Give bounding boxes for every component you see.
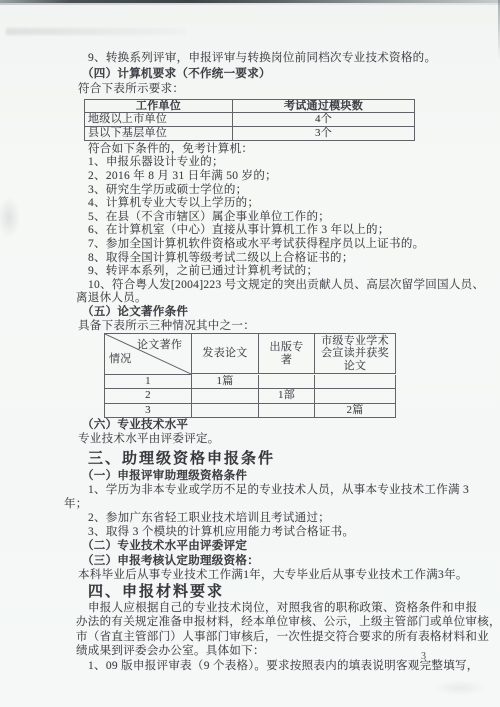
list-item-9: 9、转换系列评审，申报评审与转换岗位前同档次专业技术资格的。: [76, 51, 428, 67]
table-2-header-award: 市级专业学术会宣读并获奖论文: [315, 334, 396, 374]
table-2-corner-cell: 论文著作 情况: [105, 334, 192, 375]
table-1-cell: 县以下基层单位: [85, 127, 233, 141]
table-2-cell: 1篇: [192, 375, 259, 389]
subsection-3-body: 本科毕业后从事专业技术工作满1年，大专毕业后从事专业技术工作满3年。: [76, 568, 428, 582]
scan-smudge-left: [0, 190, 24, 245]
table-1-intro: 符合下表所示要求：: [76, 82, 428, 98]
table-1-cell: 地级以上市单位: [85, 113, 233, 127]
table-2-cell: 1部: [259, 389, 315, 403]
materials-line: 绩成果到评委会办公室。具体如下：: [76, 644, 428, 659]
exemption-item: 2、2016 年 8 月 31 日年满 50 岁的；: [76, 170, 428, 184]
document-body: 9、转换系列评审，申报评审与转换岗位前同档次专业技术资格的。 （四）计算机要求（…: [76, 51, 428, 674]
scanned-page: 9、转换系列评审，申报评审与转换岗位前同档次专业技术资格的。 （四）计算机要求（…: [0, 0, 500, 707]
exemption-item: 6、在计算机室（中心）直接从事计算机工作 3 年以上的；: [76, 224, 428, 238]
table-2-cell: 2: [105, 389, 192, 403]
table-2-cell: 2篇: [315, 404, 396, 418]
section-5-title: （五）论文著作条件: [76, 306, 428, 320]
section-6-body: 专业技术水平由评委评定。: [76, 432, 428, 446]
exemption-item: 5、在县（不含市辖区）属企事业单位工作的；: [76, 211, 428, 225]
chapter-3-heading: 三、助理级资格申报条件: [76, 449, 428, 468]
chapter-4-heading: 四、申报材料要求: [76, 583, 428, 600]
requirement-line: 2、参加广东省轻工职业技术培训且考试通过；: [76, 511, 428, 525]
table-2-intro: 具备下表所示三种情况其中之一：: [76, 320, 428, 334]
exemption-item: 7、参加全国计算机软件资格或水平考试获得程序员以上证书的。: [76, 238, 428, 252]
exemption-list: 1、申报乐器设计专业的； 2、2016 年 8 月 31 日年满 50 岁的； …: [76, 156, 428, 306]
scan-smudge-bottom-right: [428, 678, 492, 698]
exemption-item: 9、转评本系列，之前已通过计算机考试的；: [76, 265, 428, 279]
table-2-cell: [259, 375, 315, 389]
computer-requirement-table: 工作单位 考试通过模块数 地级以上市单位 4个 县以下基层单位 3个: [84, 99, 415, 141]
materials-line: 申报人应根据自己的专业技术岗位，对照我省的职称政策、资格条件和申报: [76, 601, 428, 616]
subsection-1-title: （一）申报评审助理级资格条件: [76, 469, 428, 483]
exemption-item-continuation: 离退休人员。: [76, 292, 428, 306]
subsection-3-title: （三）申报考核认定助理级资格：: [76, 554, 428, 568]
requirement-line: 3、取得 3 个模块的计算机应用能力考试合格证书。: [76, 525, 428, 539]
materials-line: 办法的有关规定准备申报材料，经本单位审核、公示，上级主管部门或单位审核，: [76, 615, 428, 630]
paper-requirement-table: 论文著作 情况 发表论文 出版专著 市级专业学术会宣读并获奖论文 1 1篇 2 …: [104, 333, 396, 418]
table-1-header-modules: 考试通过模块数: [233, 100, 415, 114]
materials-line: 市（省直主管部门）人事部门审核后，一次性提交符合要求的所有表格材料和业: [76, 630, 428, 645]
table-1-cell: 3个: [233, 127, 415, 141]
exemption-intro: 符合如下条件的，免考计算机：: [76, 142, 428, 156]
table-2-header-paper: 发表论文: [192, 334, 259, 374]
table-2-cell: [259, 404, 315, 418]
scan-edge-artifact-fade: [0, 3, 500, 5]
section-4-title: （四）计算机要求（不作统一要求）: [76, 67, 428, 83]
table-2-cell: [315, 375, 396, 389]
scan-smudge-streak: [6, 28, 186, 35]
table-1-header-unit: 工作单位: [85, 100, 233, 114]
table-2-cell: [315, 389, 396, 403]
requirement-line: 1、学历为非本专业或学历不足的专业技术人员，从事本专业技术工作满 3: [76, 483, 428, 497]
table-2-cell: 3: [105, 404, 192, 418]
exemption-item: 3、研究生学历或硕士学位的；: [76, 184, 428, 198]
materials-line: 1、09 版申报评审表（9 个表格）。要求按照表内的填表说明客观完整填写，: [76, 659, 428, 674]
table-2-cell: [192, 389, 259, 403]
corner-label-bottom: 情况: [109, 350, 132, 366]
exemption-item: 10、符合粤人发[2004]223 号文规定的突出贡献人员、高层次留学回国人员、: [76, 279, 428, 293]
page-number: 3: [421, 651, 426, 662]
subsection-2-title: （二）专业技术水平由评委评定: [76, 539, 428, 553]
table-2-cell: [192, 404, 259, 418]
corner-label-top: 论文著作: [137, 336, 182, 352]
exemption-item: 8、取得全国计算机等级考试二级以上合格证书的；: [76, 252, 428, 266]
requirement-line-continuation: 年；: [64, 497, 428, 511]
table-2-header-monograph: 出版专著: [259, 334, 315, 374]
exemption-item: 1、申报乐器设计专业的；: [76, 156, 428, 170]
section-6-title: （六）专业技术水平: [76, 418, 428, 432]
table-2-cell: 1: [105, 375, 192, 389]
table-1-cell: 4个: [233, 113, 415, 127]
exemption-item: 4、计算机专业大专以上学历的；: [76, 197, 428, 211]
